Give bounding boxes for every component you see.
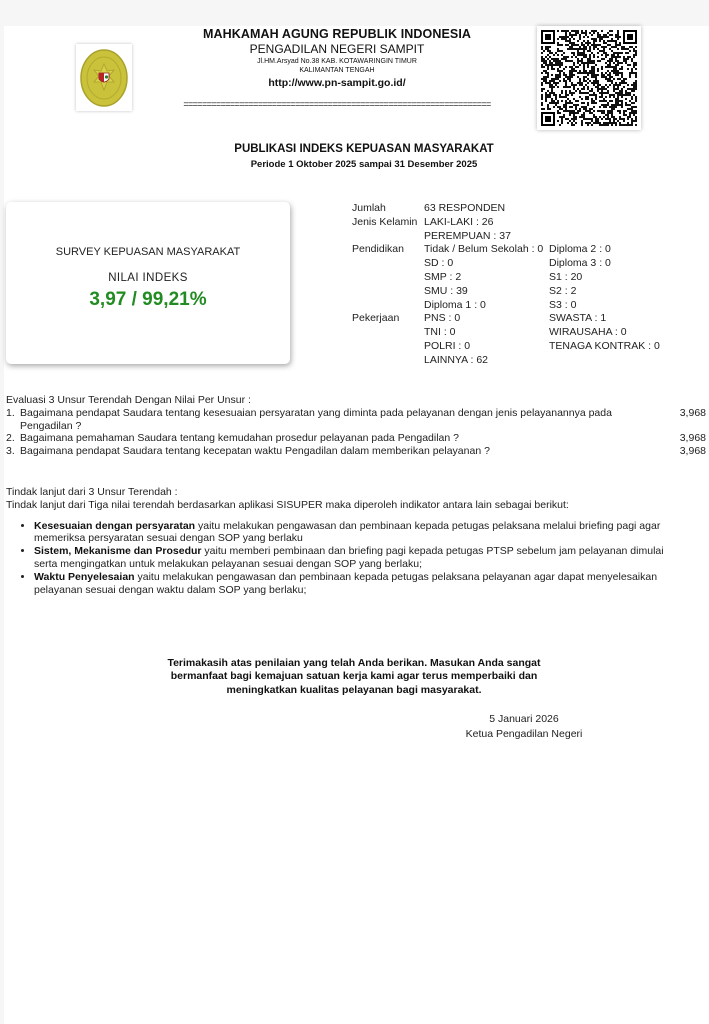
job-label: Pekerjaan bbox=[352, 312, 424, 326]
education-item: SD : 0 bbox=[424, 257, 549, 271]
item-value: 3,968 bbox=[666, 407, 706, 433]
count-value: 63 RESPONDEN bbox=[424, 202, 549, 216]
gender-label: Jenis Kelamin bbox=[352, 216, 424, 230]
follow-up-item: Sistem, Mekanisme dan Prosedur yaitu mem… bbox=[34, 545, 706, 571]
address-line-2: KALIMANTAN TENGAH bbox=[144, 67, 530, 74]
item-value: 3,968 bbox=[666, 432, 706, 445]
job-item: WIRAUSAHA : 0 bbox=[549, 326, 627, 340]
item-title: Sistem, Mekanisme dan Prosedur bbox=[34, 545, 201, 557]
index-label: NILAI INDEKS bbox=[6, 272, 290, 284]
education-item: S3 : 0 bbox=[549, 299, 576, 313]
publication-title: PUBLIKASI INDEKS KEPUASAN MASYARAKAT Per… bbox=[4, 143, 709, 170]
job-item: TNI : 0 bbox=[424, 326, 549, 340]
follow-up-item: Waktu Penyelesaian yaitu melakukan penga… bbox=[34, 571, 706, 597]
education-item: Diploma 1 : 0 bbox=[424, 299, 549, 313]
job-item: SWASTA : 1 bbox=[549, 312, 606, 326]
institution-name: MAHKAMAH AGUNG REPUBLIK INDONESIA bbox=[144, 27, 530, 41]
item-title: Waktu Penyelesaian bbox=[34, 571, 135, 583]
follow-up-section: Tindak lanjut dari 3 Unsur Terendah : Ti… bbox=[6, 486, 706, 596]
index-value: 3,97 / 99,21% bbox=[6, 289, 290, 311]
court-emblem-icon bbox=[76, 44, 132, 111]
education-item: Tidak / Belum Sekolah : 0 bbox=[424, 243, 549, 257]
address-line-1: Jl.HM.Arsyad No.38 KAB. KOTAWARINGIN TIM… bbox=[144, 58, 530, 65]
item-number: 2. bbox=[6, 432, 20, 445]
follow-up-list: Kesesuaian dengan persyaratan yaitu mela… bbox=[6, 520, 706, 597]
letterhead: MAHKAMAH AGUNG REPUBLIK INDONESIA PENGAD… bbox=[144, 26, 530, 109]
item-question: Bagaimana pendapat Saudara tentang kecep… bbox=[20, 445, 666, 458]
score-card: SURVEY KEPUASAN MASYARAKAT NILAI INDEKS … bbox=[6, 202, 290, 364]
respondent-stats: Jumlah 63 RESPONDEN Jenis Kelamin LAKI-L… bbox=[352, 202, 660, 368]
evaluation-section: Evaluasi 3 Unsur Terendah Dengan Nilai P… bbox=[6, 394, 706, 458]
education-label: Pendidikan bbox=[352, 243, 424, 257]
job-item: POLRI : 0 bbox=[424, 340, 549, 354]
closing-message: Terimakasih atas penilaian yang telah An… bbox=[144, 657, 564, 697]
education-item: Diploma 2 : 0 bbox=[549, 243, 611, 257]
item-question: Bagaimana pemahaman Saudara tentang kemu… bbox=[20, 432, 666, 445]
item-number: 1. bbox=[6, 407, 20, 433]
education-item: Diploma 3 : 0 bbox=[549, 257, 611, 271]
job-item: PNS : 0 bbox=[424, 312, 549, 326]
job-item: LAINNYA : 62 bbox=[424, 354, 549, 368]
signature-date: 5 Januari 2026 bbox=[424, 712, 624, 727]
header-divider: ========================================… bbox=[144, 99, 530, 109]
gender-male: LAKI-LAKI : 26 bbox=[424, 216, 549, 230]
follow-up-intro: Tindak lanjut dari Tiga nilai terendah b… bbox=[6, 499, 706, 512]
item-question: Bagaimana pendapat Saudara tentang keses… bbox=[20, 407, 666, 433]
website-link[interactable]: http://www.pn-sampit.go.id/ bbox=[144, 77, 530, 89]
signature-block: 5 Januari 2026 Ketua Pengadilan Negeri bbox=[424, 712, 624, 741]
evaluation-heading: Evaluasi 3 Unsur Terendah Dengan Nilai P… bbox=[6, 394, 706, 407]
item-number: 3. bbox=[6, 445, 20, 458]
title-main: PUBLIKASI INDEKS KEPUASAN MASYARAKAT bbox=[4, 143, 709, 155]
gender-female: PEREMPUAN : 37 bbox=[424, 230, 549, 244]
court-name: PENGADILAN NEGERI SAMPIT bbox=[144, 42, 530, 56]
job-item: TENAGA KONTRAK : 0 bbox=[549, 340, 660, 354]
education-item: S2 : 2 bbox=[549, 285, 576, 299]
education-item: SMP : 2 bbox=[424, 271, 549, 285]
signatory-title: Ketua Pengadilan Negeri bbox=[424, 727, 624, 742]
survey-label: SURVEY KEPUASAN MASYARAKAT bbox=[6, 246, 290, 258]
title-period: Periode 1 Oktober 2025 sampai 31 Desembe… bbox=[4, 159, 709, 170]
evaluation-item: 3. Bagaimana pendapat Saudara tentang ke… bbox=[6, 445, 706, 458]
qr-code-icon bbox=[537, 26, 641, 130]
document-page: MAHKAMAH AGUNG REPUBLIK INDONESIA PENGAD… bbox=[4, 26, 709, 1024]
follow-up-item: Kesesuaian dengan persyaratan yaitu mela… bbox=[34, 520, 706, 546]
education-item: SMU : 39 bbox=[424, 285, 549, 299]
education-item: S1 : 20 bbox=[549, 271, 582, 285]
count-label: Jumlah bbox=[352, 202, 424, 216]
follow-up-heading: Tindak lanjut dari 3 Unsur Terendah : bbox=[6, 486, 706, 499]
item-title: Kesesuaian dengan persyaratan bbox=[34, 520, 195, 532]
evaluation-item: 2. Bagaimana pemahaman Saudara tentang k… bbox=[6, 432, 706, 445]
evaluation-item: 1. Bagaimana pendapat Saudara tentang ke… bbox=[6, 407, 706, 433]
item-value: 3,968 bbox=[666, 445, 706, 458]
